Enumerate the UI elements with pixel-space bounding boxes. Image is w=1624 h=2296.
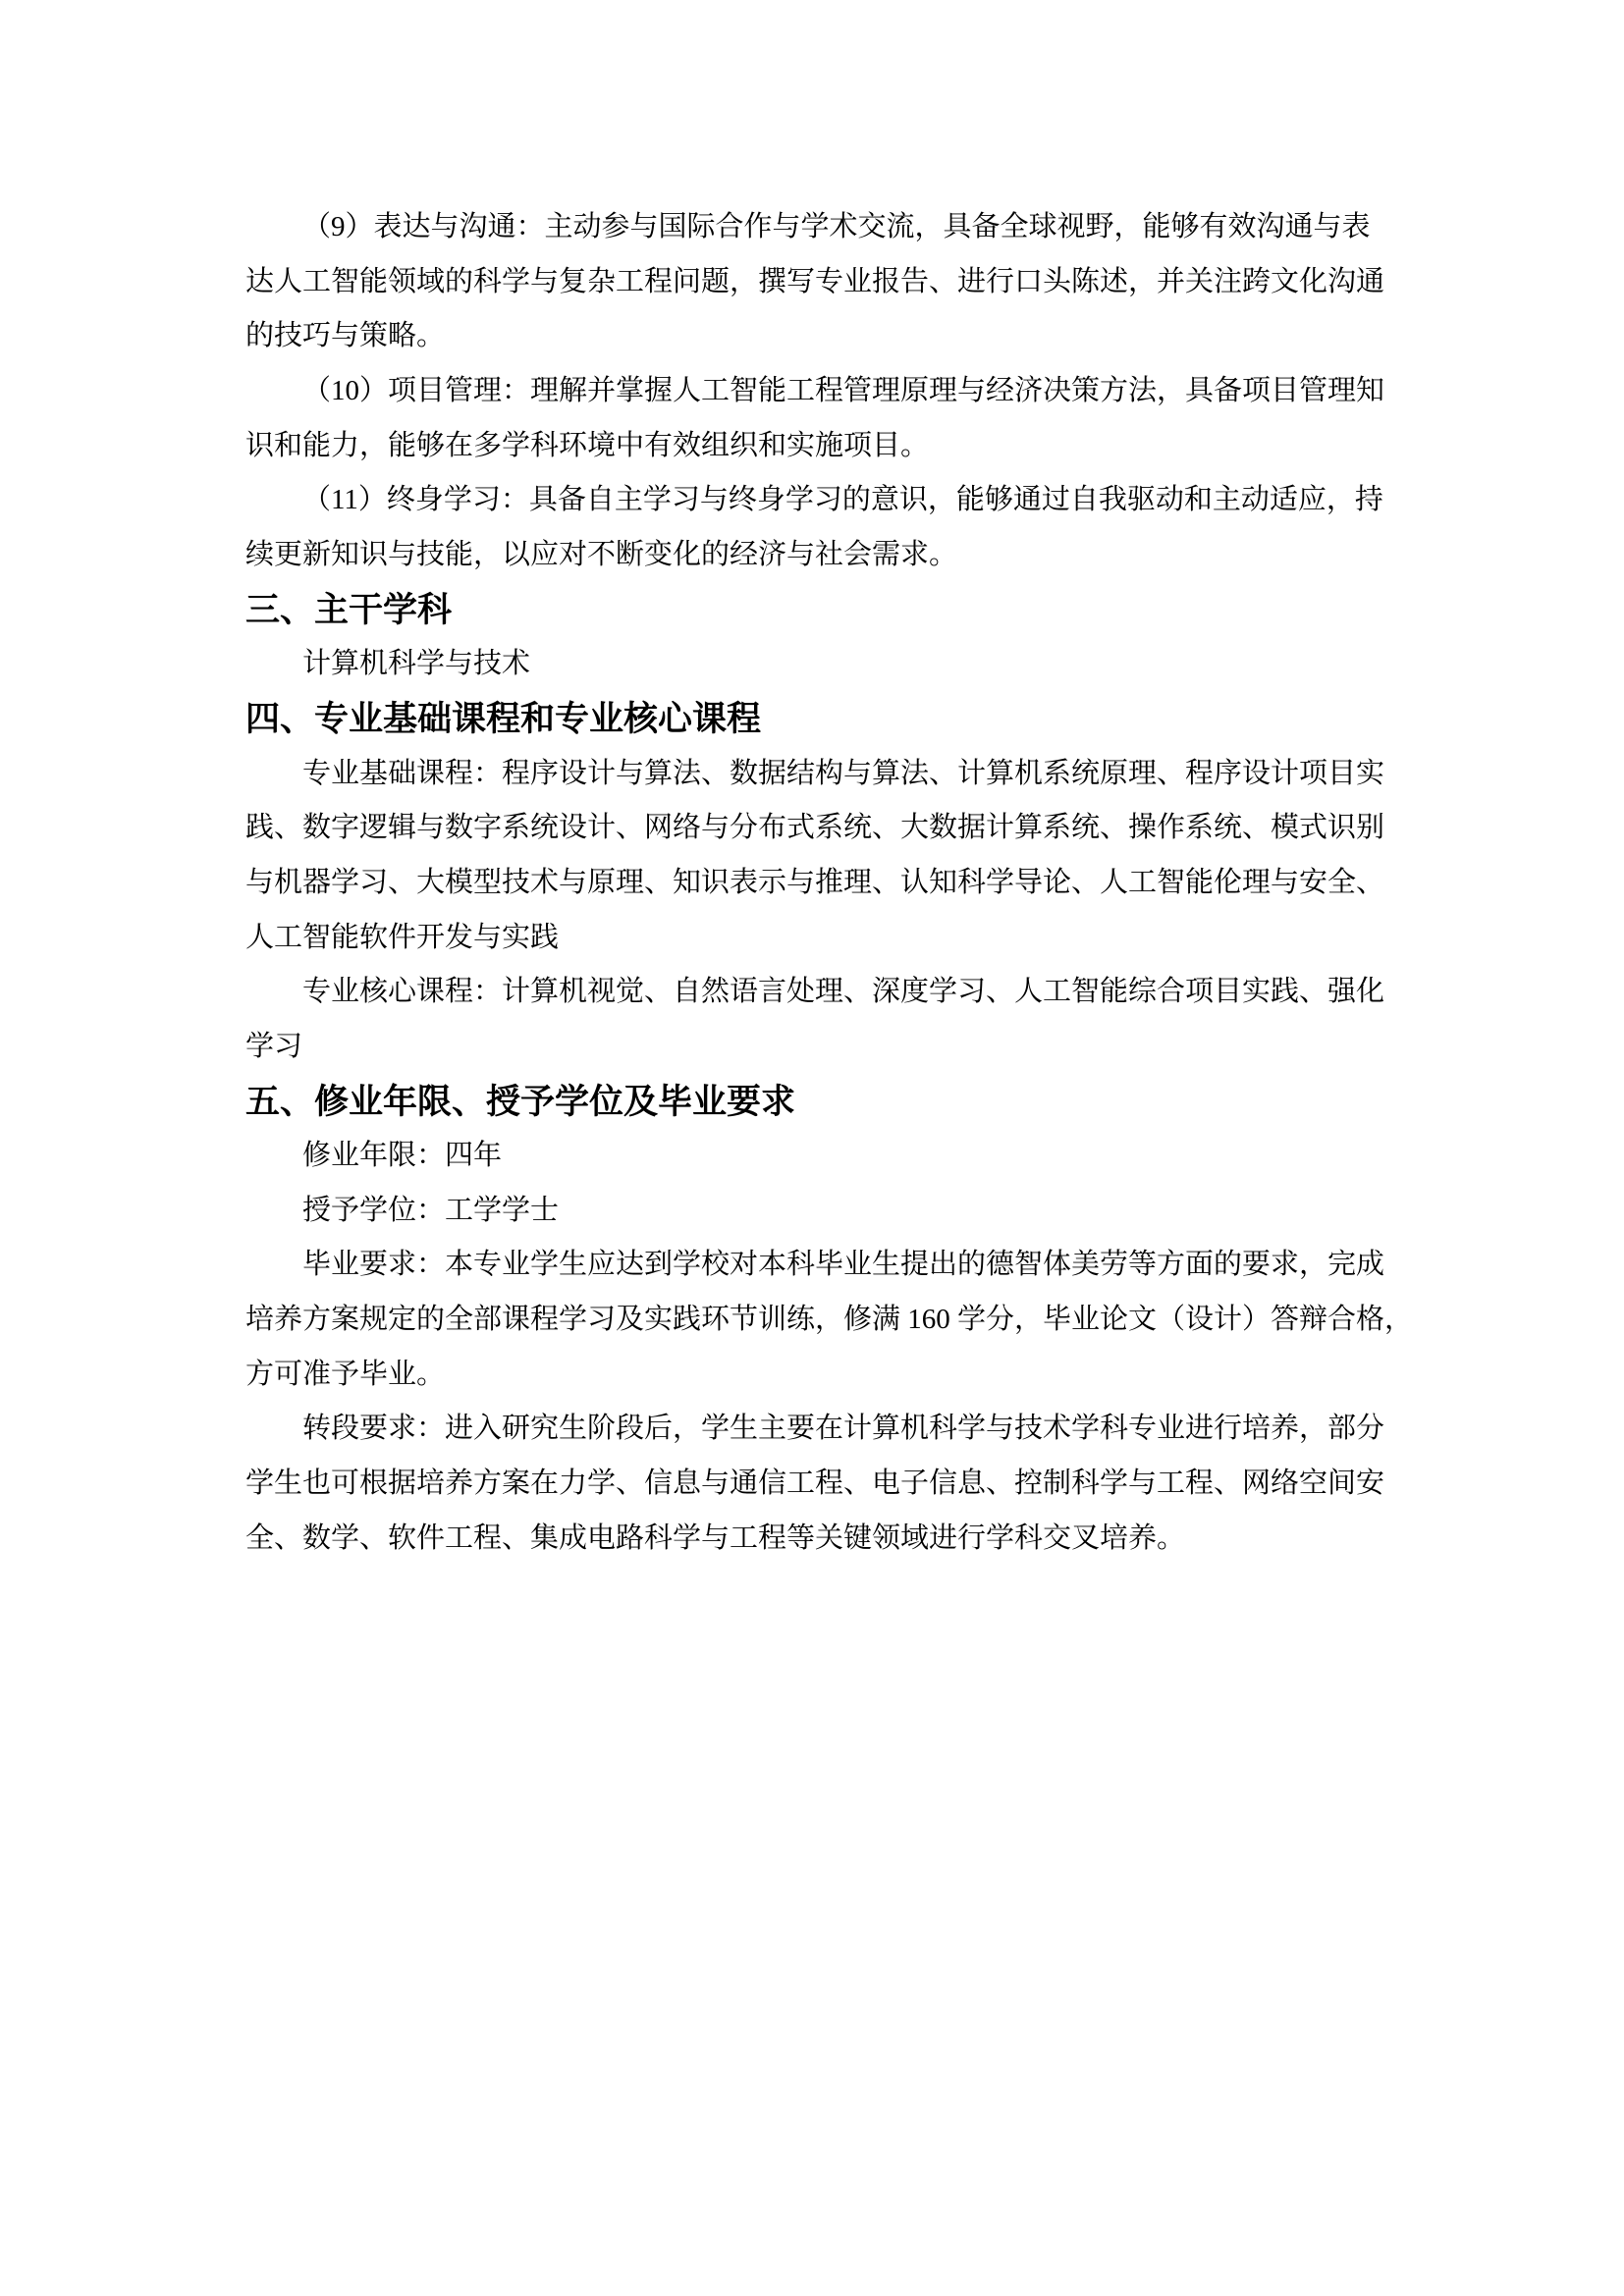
text-column: （9）表达与沟通：主动参与国际合作与学术交流，具备全球视野，能够有效沟通与表达人… (245, 200, 1378, 1566)
basic-courses-line-2: 践、数字逻辑与数字系统设计、网络与分布式系统、大数据计算系统、操作系统、模式识别 (245, 801, 1378, 856)
transfer-requirements-line-1: 转段要求：进入研究生阶段后，学生主要在计算机科学与技术学科专业进行培养，部分 (245, 1402, 1378, 1457)
point-10-line-1: （10）项目管理：理解并掌握人工智能工程管理原理与经济决策方法，具备项目管理知 (245, 364, 1378, 419)
core-courses-line-2: 学习 (245, 1020, 1378, 1075)
main-discipline-text: 计算机科学与技术 (245, 637, 1378, 692)
core-courses-line-1: 专业核心课程：计算机视觉、自然语言处理、深度学习、人工智能综合项目实践、强化 (245, 965, 1378, 1020)
graduation-requirements-line-2: 培养方案规定的全部课程学习及实践环节训练，修满 160 学分，毕业论文（设计）答… (245, 1293, 1378, 1348)
transfer-requirements-line-2: 学生也可根据培养方案在力学、信息与通信工程、电子信息、控制科学与工程、网络空间安 (245, 1457, 1378, 1512)
document-page: （9）表达与沟通：主动参与国际合作与学术交流，具备全球视野，能够有效沟通与表达人… (0, 0, 1624, 2296)
degree-awarded-line: 授予学位：工学学士 (245, 1184, 1378, 1239)
point-10-line-2: 识和能力，能够在多学科环境中有效组织和实施项目。 (245, 419, 1378, 474)
basic-courses-line-3: 与机器学习、大模型技术与原理、知识表示与推理、认知科学导论、人工智能伦理与安全、 (245, 856, 1378, 911)
point-11-line-1: （11）终身学习：具备自主学习与终身学习的意识，能够通过自我驱动和主动适应，持 (245, 473, 1378, 528)
graduation-requirements-line-1: 毕业要求：本专业学生应达到学校对本科毕业生提出的德智体美劳等方面的要求，完成 (245, 1238, 1378, 1293)
heading-section-3-main-disciplines: 三、主干学科 (245, 583, 1378, 638)
heading-section-5-degree-requirements: 五、修业年限、授予学位及毕业要求 (245, 1075, 1378, 1130)
basic-courses-line-1: 专业基础课程：程序设计与算法、数据结构与算法、计算机系统原理、程序设计项目实 (245, 747, 1378, 802)
point-11-line-2: 续更新知识与技能，以应对不断变化的经济与社会需求。 (245, 528, 1378, 583)
point-9-line-3: 的技巧与策略。 (245, 309, 1378, 364)
basic-courses-line-4: 人工智能软件开发与实践 (245, 911, 1378, 966)
transfer-requirements-line-3: 全、数学、软件工程、集成电路科学与工程等关键领域进行学科交叉培养。 (245, 1512, 1378, 1567)
point-9-line-2: 达人工智能领域的科学与复杂工程问题，撰写专业报告、进行口头陈述，并关注跨文化沟通 (245, 255, 1378, 310)
point-9-line-1: （9）表达与沟通：主动参与国际合作与学术交流，具备全球视野，能够有效沟通与表 (245, 200, 1378, 255)
study-duration-line: 修业年限：四年 (245, 1129, 1378, 1184)
graduation-requirements-line-3: 方可准予毕业。 (245, 1348, 1378, 1403)
heading-section-4-courses: 四、专业基础课程和专业核心课程 (245, 692, 1378, 747)
